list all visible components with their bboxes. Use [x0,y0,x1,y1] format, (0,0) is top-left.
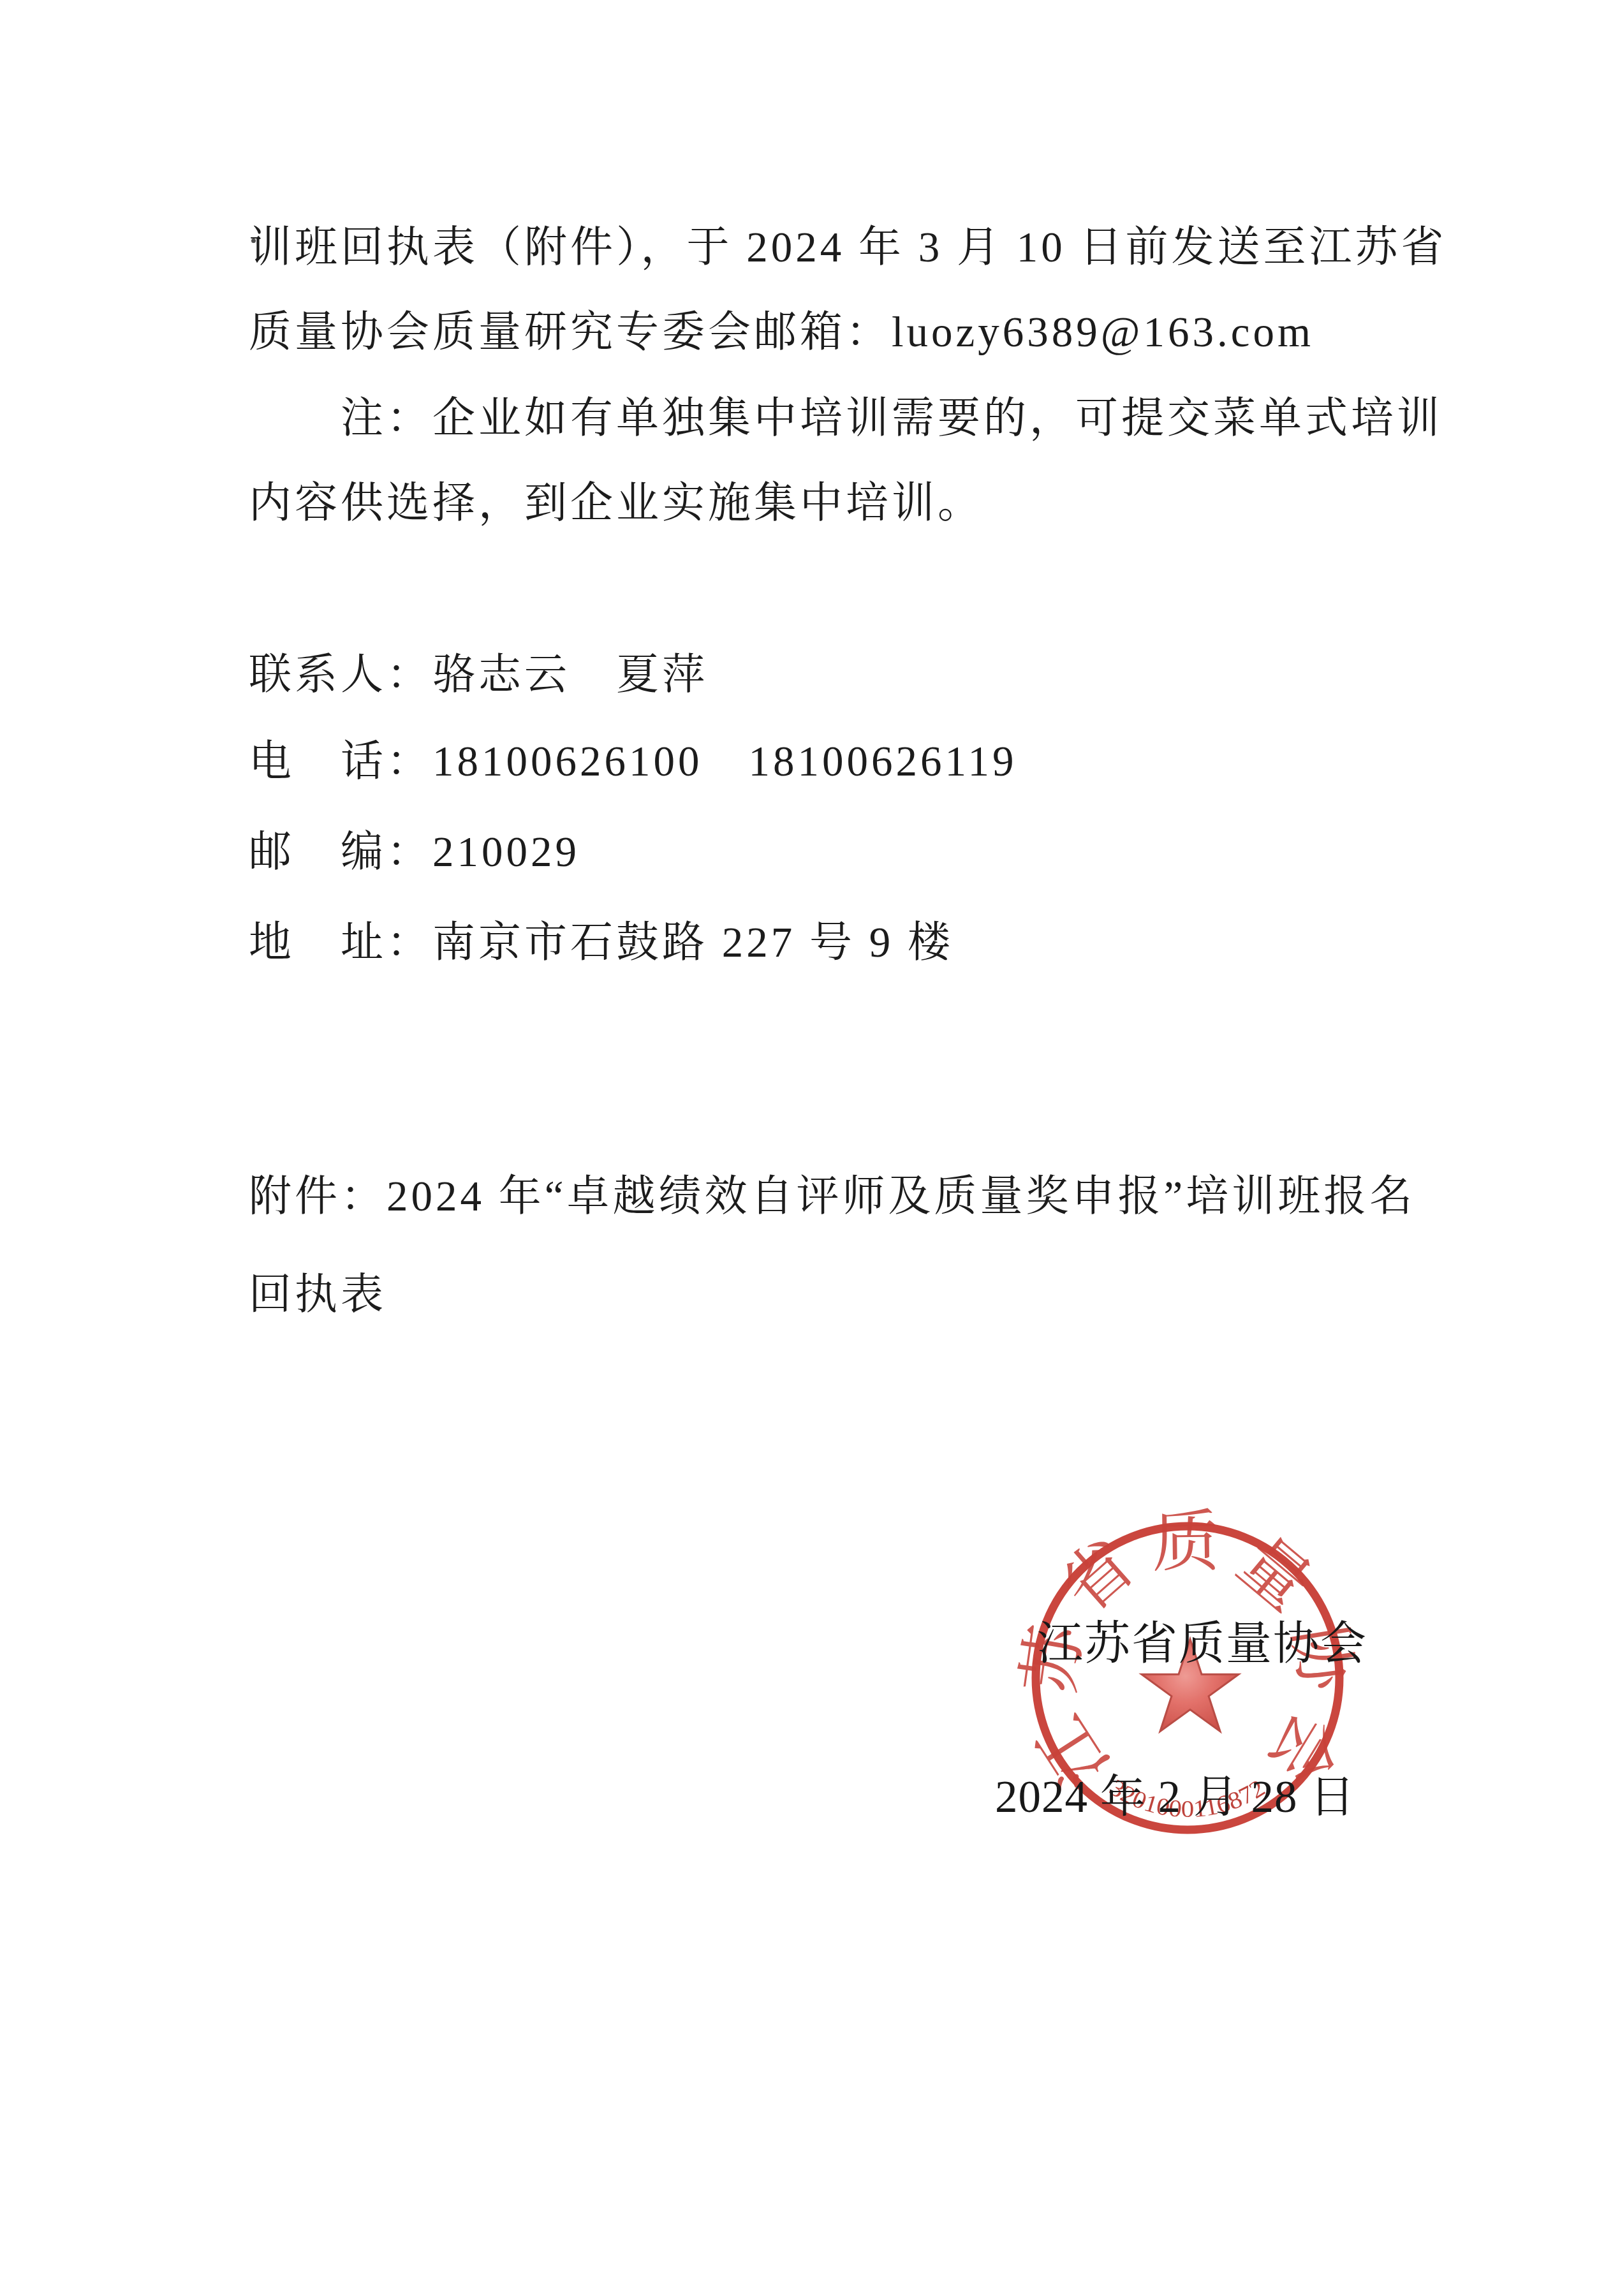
body-line-2: 质量协会质量研究专委会邮箱：luozy6389@163.com [249,309,1435,357]
scan-speck [251,239,256,243]
contact-person-line: 联系人：骆志云 夏萍 [249,652,1435,699]
signature-date: 2024 年 2 月 28 日 [995,1760,1355,1825]
address-line: 地 址：南京市石鼓路 227 号 9 楼 [249,920,1435,967]
signature-org-name: 江苏省质量协会 [1037,1606,1367,1672]
body-line-1: 训班回执表（附件），于 2024 年 3 月 10 日前发送至江苏省 [249,224,1435,272]
body-line-3: 注：企业如有单独集中培训需要的，可提交菜单式培训 [249,395,1527,443]
attachment-line: 附件：2024 年“卓越绩效自评师及质量奖申报”培训班报名 [249,1174,1435,1221]
attachment-line-2: 回执表 [249,1272,1435,1319]
phone-line: 电 话：18100626100 18100626119 [249,739,1435,786]
scanned-document-page: 训班回执表（附件），于 2024 年 3 月 10 日前发送至江苏省 质量协会质… [0,0,1620,2296]
body-line-4: 内容供选择，到企业实施集中培训。 [249,480,1435,527]
postcode-line: 邮 编：210029 [249,829,1435,876]
